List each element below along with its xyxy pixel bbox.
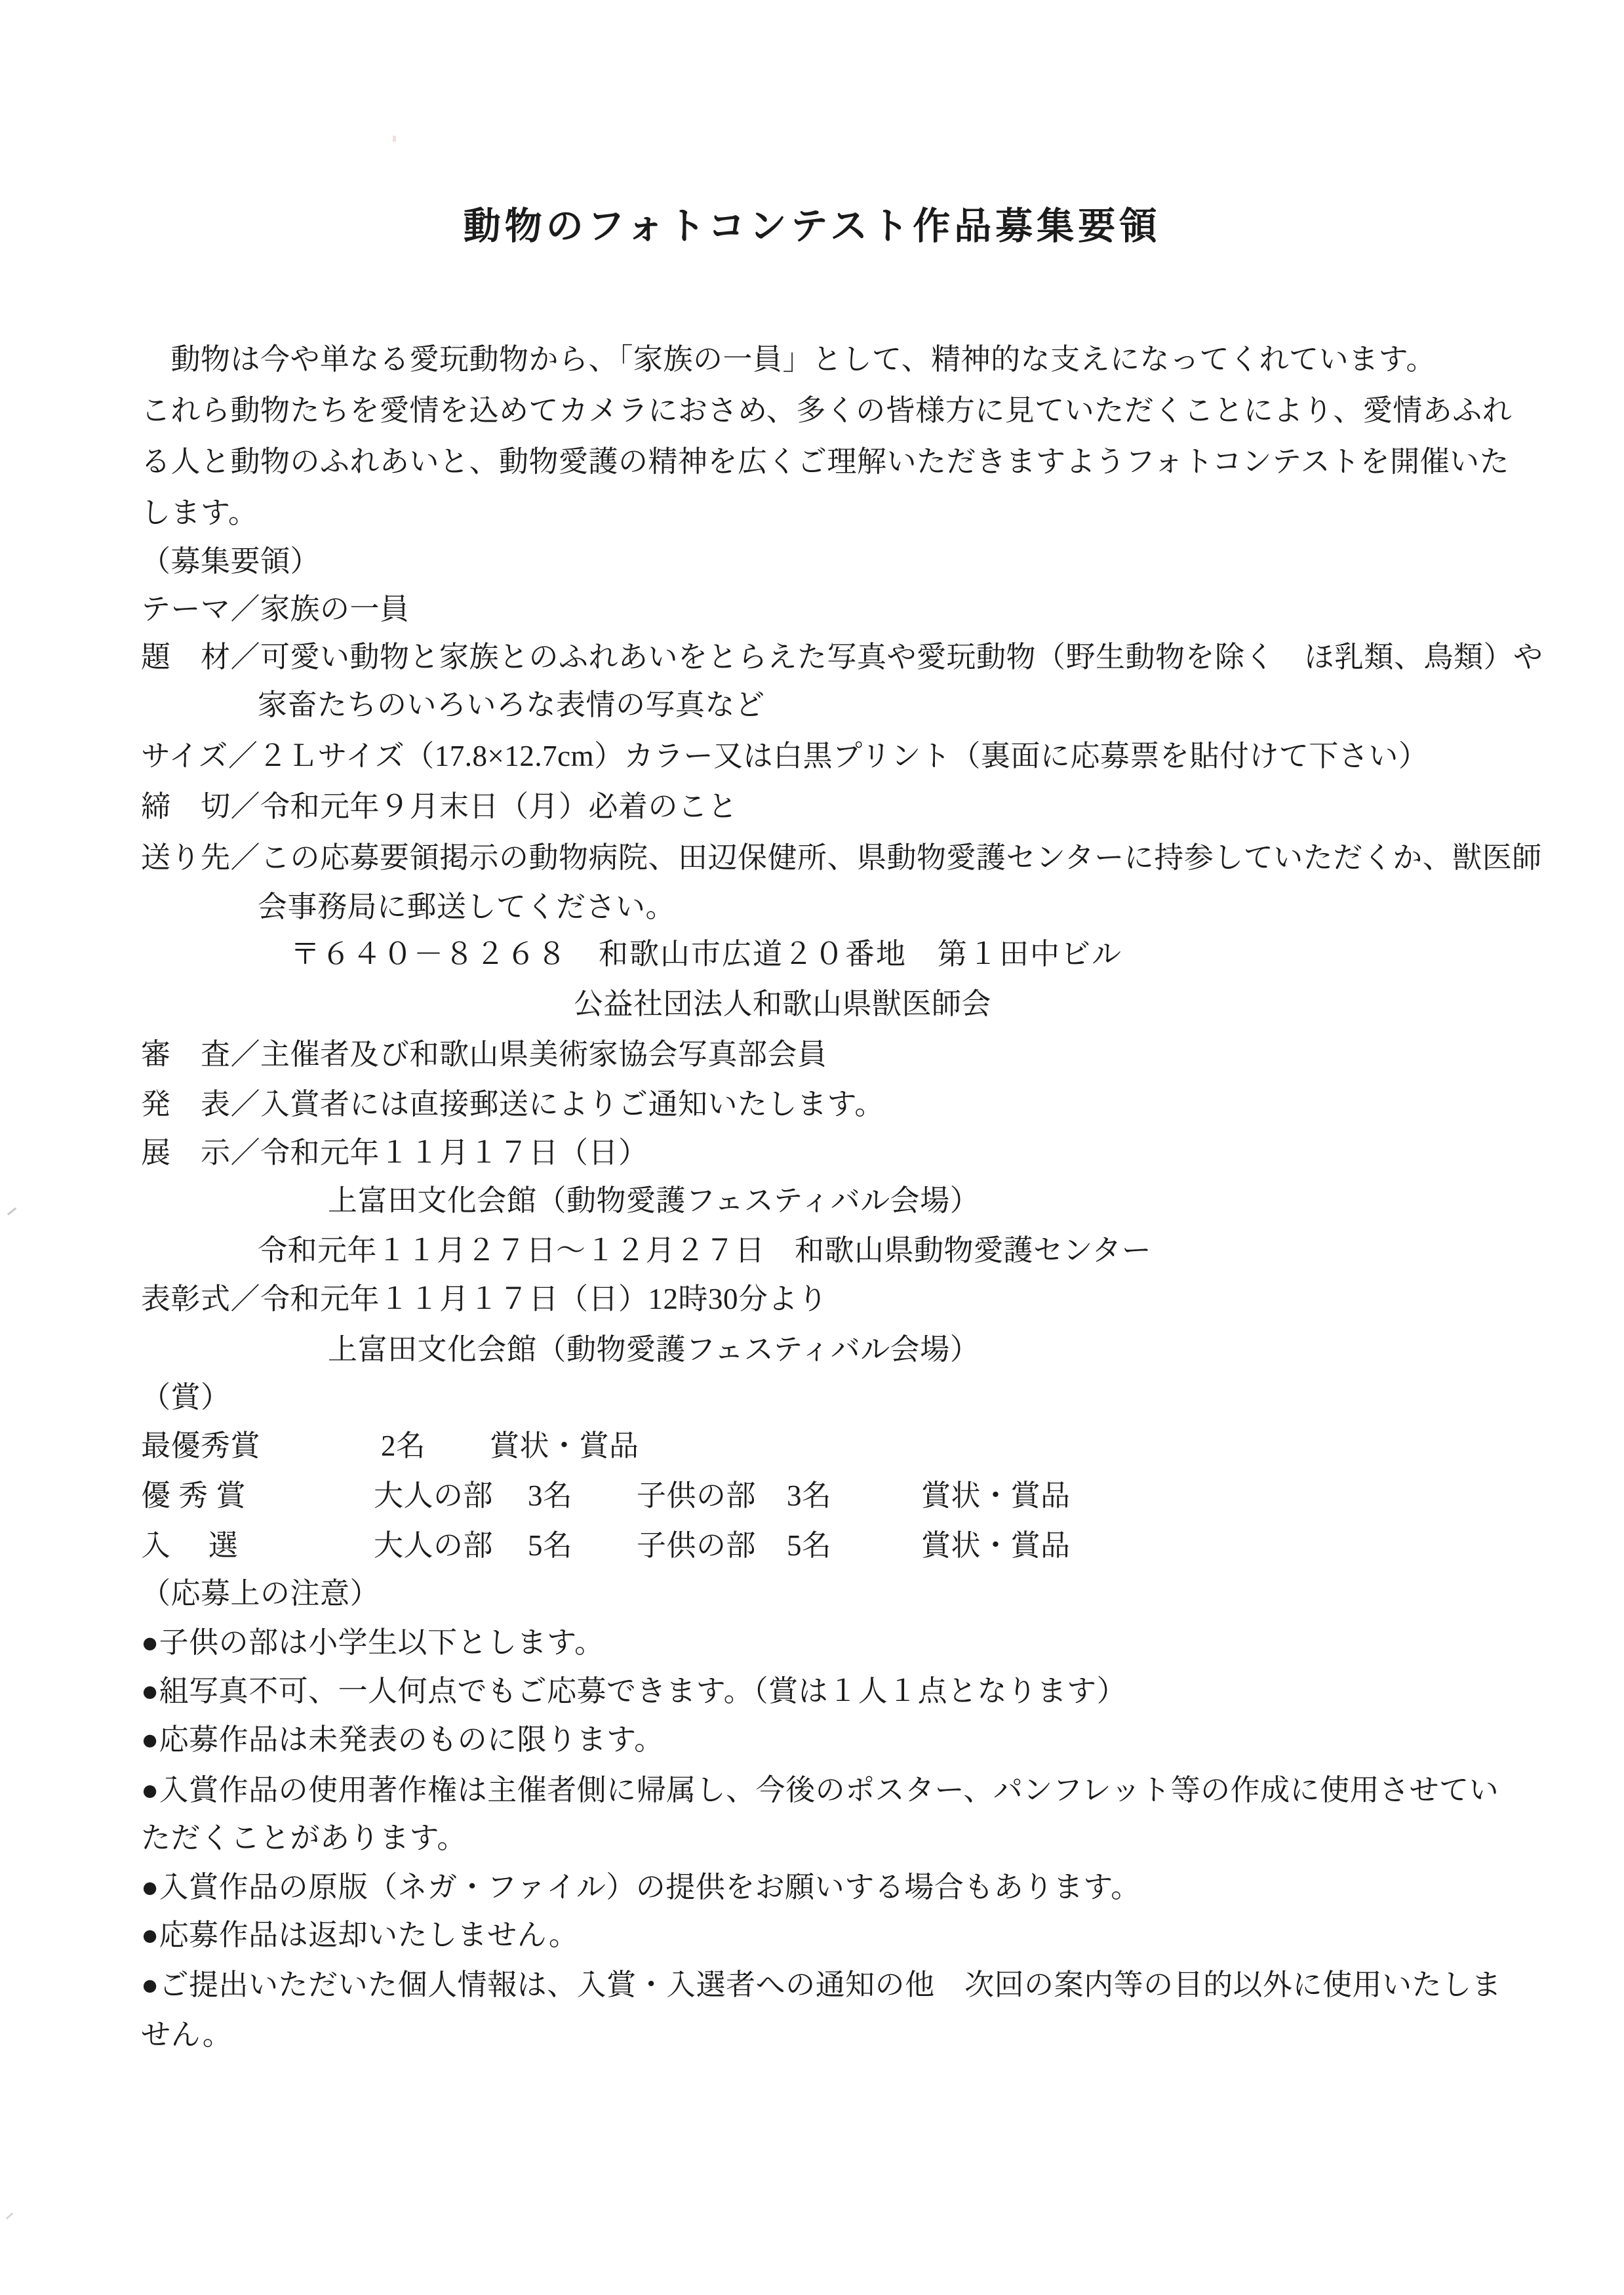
prize-label: 最優秀賞	[141, 1431, 260, 1462]
field-judging: 審 査／主催者及び和歌山県美術家協会写真部会員	[141, 1039, 827, 1070]
field-exhibition-date-2: 令和元年１１月２７日～１２月２７日 和歌山県動物愛護センター	[258, 1235, 1151, 1266]
section-label-notes: （応募上の注意）	[141, 1578, 380, 1609]
note-item-5: ●入賞作品の原版（ネガ・ファイル）の提供をお願いする場合もあります。	[141, 1872, 1141, 1903]
note-item-2: ●組写真不可、一人何点でもご応募できます。（賞は１人１点となります）	[141, 1676, 1126, 1707]
adult-division-count: 5名	[528, 1530, 573, 1561]
prize-award: 賞状・賞品	[921, 1481, 1071, 1511]
document-title: 動物のフォトコンテスト作品募集要領	[0, 207, 1624, 247]
note-item-4-cont: ただくことがあります。	[141, 1823, 467, 1854]
child-division-label: 子供の部	[637, 1530, 756, 1561]
field-theme: テーマ／家族の一員	[141, 594, 410, 625]
prize-row-grand: 最優秀賞 2名 賞状・賞品	[0, 1431, 1624, 1462]
field-subject-cont: 家畜たちのいろいろな表情の写真など	[258, 690, 765, 721]
field-size: サイズ／２Ｌサイズ（17.8×12.7cm）カラー又は白黒プリント（裏面に応募票…	[141, 741, 1428, 772]
prize-row-excellence: 優 秀 賞 大人の部 3名 子供の部 3名 賞状・賞品	[0, 1481, 1624, 1511]
field-deadline: 締 切／令和元年９月末日（月）必着のこと	[141, 791, 738, 822]
section-label-recruit: （募集要領）	[141, 546, 320, 577]
organization-name: 公益社団法人和歌山県獣医師会	[574, 989, 991, 1020]
intro-paragraph-line-1: 動物は今や単なる愛玩動物から、「家族の一員」として、精神的な支えになってくれてい…	[141, 344, 1436, 375]
prize-label: 入 選	[141, 1530, 238, 1561]
child-division-count: 3名	[787, 1481, 832, 1511]
document-page: 動物のフォトコンテスト作品募集要領 動物は今や単なる愛玩動物から、「家族の一員」…	[0, 0, 1624, 2295]
scan-artifact	[7, 1207, 16, 1215]
intro-paragraph-line-2: これら動物たちを愛情を込めてカメラにおさめ、多くの皆様方に見ていただくことにより…	[141, 395, 1512, 426]
field-destination: 送り先／この応募要領掲示の動物病院、田辺保健所、県動物愛護センターに持参していた…	[141, 843, 1542, 873]
note-item-7-cont: せん。	[141, 2020, 232, 2050]
ceremony-venue: 上富田文化会館（動物愛護フェスティバル会場）	[328, 1334, 980, 1365]
adult-division-label: 大人の部	[374, 1530, 493, 1561]
field-announcement: 発 表／入賞者には直接郵送によりご通知いたします。	[141, 1089, 884, 1120]
field-subject: 題 材／可愛い動物と家族とのふれあいをとらえた写真や愛玩動物（野生動物を除く ほ…	[141, 642, 1543, 673]
note-item-1: ●子供の部は小学生以下とします。	[141, 1627, 604, 1658]
prize-award: 賞状・賞品	[490, 1431, 639, 1462]
intro-paragraph-line-4: します。	[141, 498, 258, 529]
field-ceremony: 表彰式／令和元年１１月１７日（日）12時30分より	[141, 1284, 828, 1315]
note-item-7: ●ご提出いただいた個人情報は、入賞・入選者への通知の他 次回の案内等の目的以外に…	[141, 1970, 1501, 2001]
note-item-3: ●応募作品は未発表のものに限ります。	[141, 1725, 664, 1755]
intro-paragraph-line-3: る人と動物のふれあいと、動物愛護の精神を広くご理解いただきますようフォトコンテス…	[141, 447, 1509, 477]
scan-artifact	[393, 136, 396, 142]
prize-award: 賞状・賞品	[921, 1530, 1071, 1561]
prize-count: 2名	[381, 1431, 426, 1462]
postal-address: 〒６４０－８２６８ 和歌山市広道２０番地 第１田中ビル	[290, 939, 1122, 970]
child-division-label: 子供の部	[637, 1481, 756, 1511]
scan-artifact	[6, 2212, 14, 2220]
adult-division-count: 3名	[528, 1481, 573, 1511]
exhibition-venue: 上富田文化会館（動物愛護フェスティバル会場）	[328, 1186, 980, 1216]
prize-row-selected: 入 選 大人の部 5名 子供の部 5名 賞状・賞品	[0, 1530, 1624, 1561]
adult-division-label: 大人の部	[374, 1481, 493, 1511]
prize-label: 優 秀 賞	[141, 1481, 246, 1511]
field-exhibition-date: 展 示／令和元年１１月１７日（日）	[141, 1138, 648, 1168]
note-item-4: ●入賞作品の使用著作権は主催者側に帰属し、今後のポスター、パンフレット等の作成に…	[141, 1775, 1499, 1806]
note-item-6: ●応募作品は返却いたしません。	[141, 1920, 578, 1951]
child-division-count: 5名	[787, 1530, 832, 1561]
section-label-prize: （賞）	[141, 1382, 231, 1413]
field-destination-cont: 会事務局に郵送してください。	[258, 892, 675, 923]
